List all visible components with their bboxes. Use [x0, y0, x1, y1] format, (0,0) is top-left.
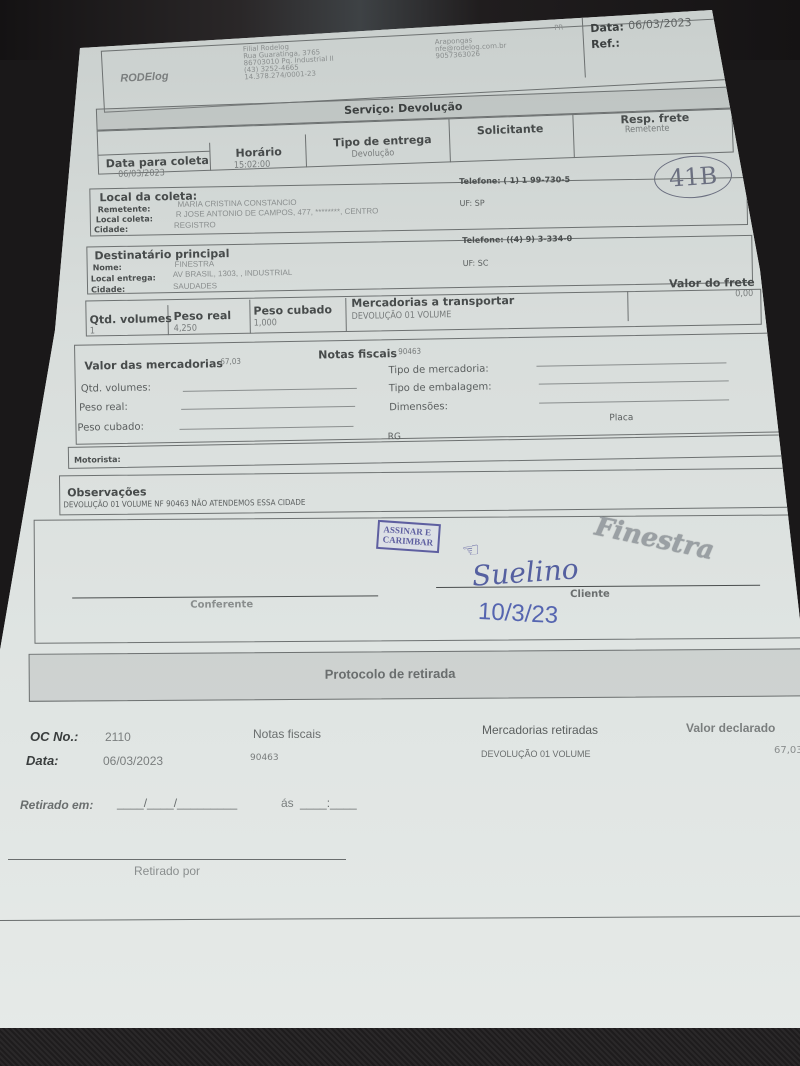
protocolo-data-label: Data:	[26, 754, 59, 767]
protocolo-data-value: 06/03/2023	[103, 755, 163, 767]
retirado-por-label: Retirado por	[134, 865, 200, 877]
protocolo-mercadorias-label: Mercadorias retiradas	[482, 724, 598, 736]
protocolo-notas-value: 90463	[250, 754, 279, 763]
retirado-por-line	[8, 859, 346, 860]
protocolo-title: Protocolo de retirada	[325, 667, 456, 681]
protocolo-notas-label: Notas fiscais	[253, 728, 321, 740]
document-sheet: RODElog Filial Rodelog Rua Guaratinga, 3…	[0, 0, 800, 1066]
retirado-em-date-blank: ____/____/_________	[117, 797, 237, 809]
retirado-time-blank: ____:____	[300, 797, 357, 809]
protocolo-oc-label: OC No.:	[30, 730, 78, 743]
protocolo-valor-label: Valor declarado	[686, 722, 775, 734]
protocolo-mercadorias-value: DEVOLUÇÃO 01 VOLUME	[481, 750, 591, 759]
background-fabric	[0, 1028, 800, 1066]
as-label: ás	[281, 797, 294, 809]
retirado-em-label: Retirado em:	[20, 799, 93, 811]
protocolo-valor-value: 67,03	[774, 746, 800, 756]
protocolo-oc-value: 2110	[105, 731, 131, 743]
